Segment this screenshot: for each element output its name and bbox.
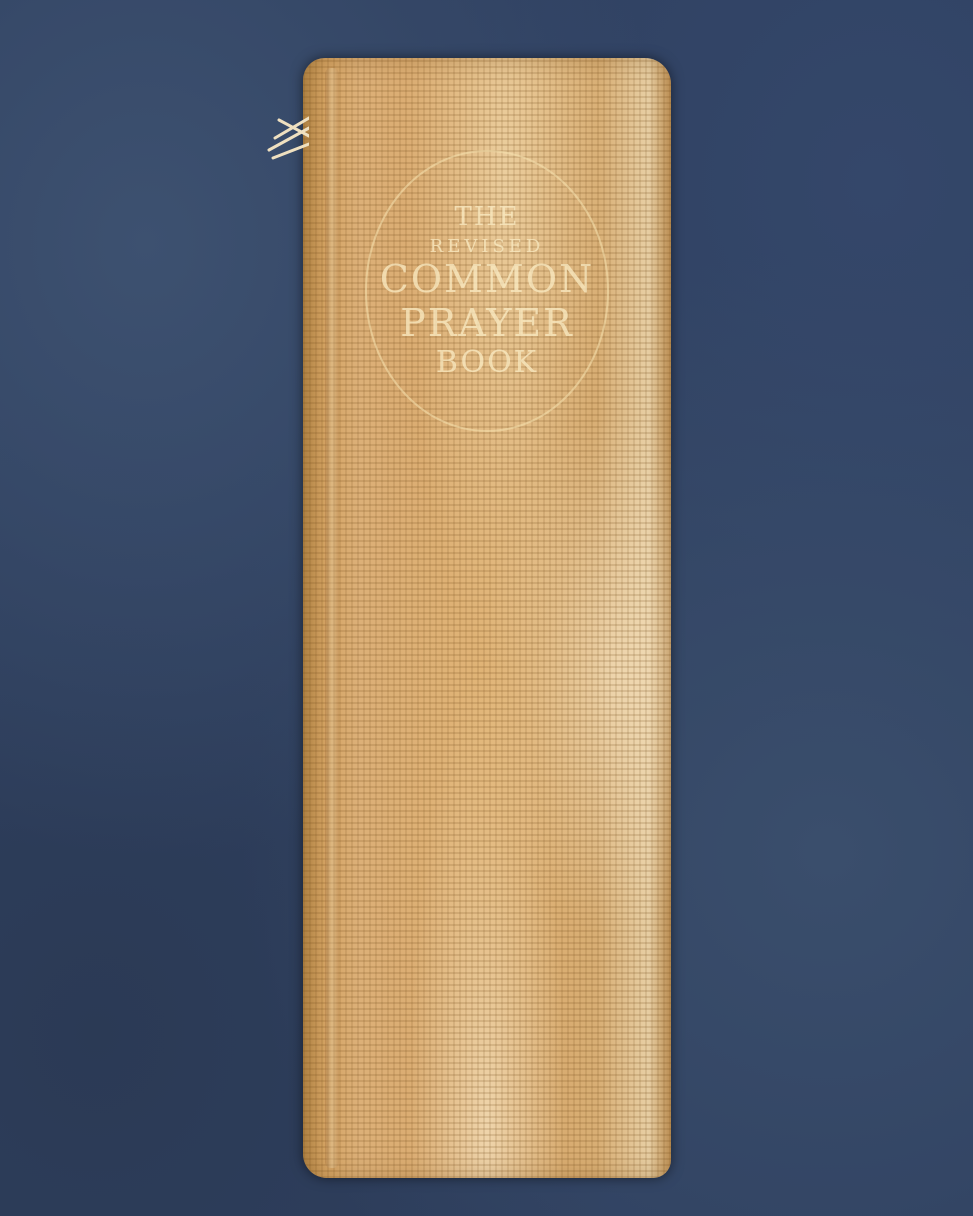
title-emblem: THE REVISED COMMON PRAYER BOOK <box>365 150 609 432</box>
emblem-line-5: BOOK <box>436 345 538 380</box>
emblem-line-2: REVISED <box>430 236 545 257</box>
book-spine: THE REVISED COMMON PRAYER BOOK <box>303 58 671 1178</box>
spine-hinge <box>325 68 339 1168</box>
emblem-line-4: PRAYER <box>400 301 574 345</box>
frayed-threads <box>265 108 309 168</box>
emblem-line-3: COMMON <box>380 257 594 301</box>
emblem-line-1: THE <box>455 202 520 232</box>
